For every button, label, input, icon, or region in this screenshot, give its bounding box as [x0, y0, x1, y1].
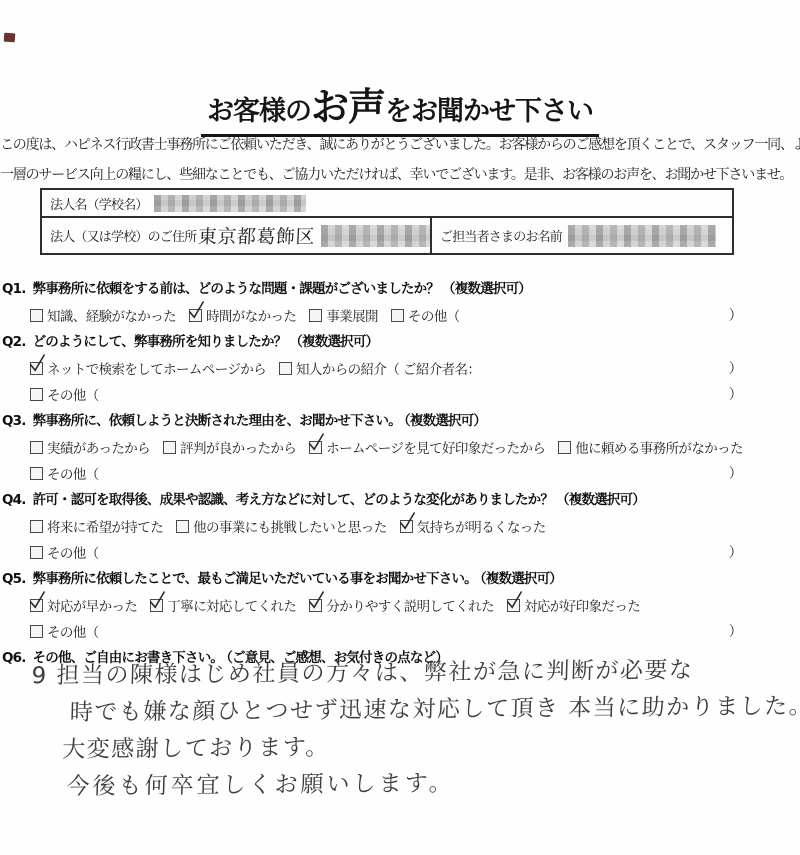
question-text: 弊事務所に依頼をする前は、どのような問題・課題がございましたか？ [33, 281, 439, 297]
checkbox-label: 他に頼める事務所がなかった [575, 437, 743, 457]
title-prefix: お客様の [207, 96, 311, 127]
handwriting-line: 大変感謝しております。 [62, 726, 773, 769]
checkbox-label: 知識、経験がなかった [47, 305, 176, 325]
checkbox-icon[interactable] [176, 520, 189, 533]
survey-form-scan: お客様のお声をお聞かせ下さい この度は、ハピネス行政書士事務所にご依頼いただき、… [0, 0, 800, 855]
checkbox-label: 事業展開 [326, 305, 378, 325]
checkbox-label: 丁寧に対応してくれた [167, 595, 296, 615]
checkbox-option[interactable]: 対応が好印象だった [507, 595, 640, 615]
checkbox-checked-icon[interactable] [30, 362, 43, 375]
checkbox-label: その他（ [47, 463, 99, 483]
question-heading-q2: Q2.どのようにして、弊事務所を知りましたか？（複数選択可） [0, 329, 800, 355]
question-text: どのようにして、弊事務所を知りましたか？ [33, 334, 287, 350]
checkbox-option[interactable]: 知人からの紹介（ ご紹介者名： [279, 358, 480, 378]
check-mark-icon [307, 432, 325, 454]
option-line: 実績があったから評判が良かったからホームページを見て好印象だったから他に頼める事… [30, 434, 800, 461]
checkbox-checked-icon[interactable] [189, 309, 202, 322]
intro-line-1: この度は、ハピネス行政書士事務所にご依頼いただき、誠にありがとうございました。お… [0, 130, 800, 160]
checkbox-icon[interactable] [30, 441, 43, 454]
redacted-mosaic-corporate-name [154, 195, 306, 212]
checkbox-icon[interactable] [163, 441, 176, 454]
close-paren: ） [729, 542, 742, 562]
question-heading-q4: Q4.許可・認可を取得後、成果や認識、考え方などに対して、どのような変化がありま… [0, 487, 800, 513]
question-heading-q5: Q5.弊事務所に依頼したことで、最もご満足いただいている事をお聞かせ下さい。（複… [0, 566, 800, 592]
checkbox-icon[interactable] [30, 625, 43, 638]
check-mark-icon [148, 590, 166, 612]
checkbox-option[interactable]: 実績があったから [30, 437, 150, 457]
question-text: 弊事務所に、依頼しようと決断された理由を、お聞かせ下さい。 [33, 413, 401, 429]
question-number: Q5. [2, 571, 26, 587]
checkbox-icon[interactable] [30, 467, 43, 480]
question-text: 許可・認可を取得後、成果や認識、考え方などに対して、どのような変化がありましたか… [33, 492, 553, 508]
question-note: （複数選択可） [556, 492, 645, 508]
checkbox-option[interactable]: 知識、経験がなかった [30, 305, 176, 325]
option-line: 知識、経験がなかった時間がなかった事業展開その他（） [30, 302, 800, 329]
option-line: その他（） [30, 460, 800, 487]
check-mark-icon [28, 590, 46, 612]
intro-paragraph: この度は、ハピネス行政書士事務所にご依頼いただき、誠にありがとうございました。お… [0, 130, 800, 190]
checkbox-option[interactable]: 対応が早かった [30, 595, 137, 615]
option-line: 将来に希望が持てた他の事業にも挑戦したいと思った気持ちが明るくなった [30, 513, 800, 540]
checkbox-option[interactable]: その他（ [30, 463, 99, 483]
contact-label: ご担当者さまのお名前 [440, 226, 562, 245]
question-number: Q6. [2, 650, 26, 666]
close-paren: ） [729, 384, 742, 404]
checkbox-label: ネットで検索をしてホームページから [47, 358, 266, 378]
question-block-q1: Q1.弊事務所に依頼をする前は、どのような問題・課題がございましたか？（複数選択… [0, 276, 800, 329]
checkbox-label: その他（ [408, 305, 460, 325]
address-contact-row: 法人（又は学校）のご住所 東京都葛飾区 ご担当者さまのお名前 [42, 218, 732, 253]
checkbox-option[interactable]: ネットで検索をしてホームページから [30, 358, 266, 378]
checkbox-icon[interactable] [30, 309, 43, 322]
checkbox-checked-icon[interactable] [309, 599, 322, 612]
question-number: Q2. [2, 334, 26, 350]
check-mark-icon [28, 353, 46, 375]
checkbox-icon[interactable] [30, 388, 43, 401]
question-note: （複数選択可） [404, 413, 486, 429]
question-heading-q3: Q3.弊事務所に、依頼しようと決断された理由を、お聞かせ下さい。（複数選択可） [0, 408, 800, 434]
option-line: 対応が早かった丁寧に対応してくれた分かりやすく説明してくれた対応が好印象だった [30, 592, 800, 619]
check-mark-icon [307, 590, 325, 612]
checkbox-option[interactable]: 分かりやすく説明してくれた [309, 595, 494, 615]
checkbox-label: 対応が好印象だった [524, 595, 640, 615]
checkbox-icon[interactable] [30, 520, 43, 533]
question-block-q3: Q3.弊事務所に、依頼しようと決断された理由を、お聞かせ下さい。（複数選択可）実… [0, 408, 800, 487]
corporate-name-row: 法人名（学校名） [42, 190, 732, 218]
checkbox-option[interactable]: その他（ [391, 305, 460, 325]
checkbox-option[interactable]: 丁寧に対応してくれた [150, 595, 296, 615]
checkbox-option[interactable]: ホームページを見て好印象だったから [309, 437, 545, 457]
question-block-q2: Q2.どのようにして、弊事務所を知りましたか？（複数選択可）ネットで検索をしてホ… [0, 329, 800, 408]
check-mark-icon [505, 590, 523, 612]
checkbox-label: その他（ [47, 542, 99, 562]
checkbox-label: 他の事業にも挑戦したいと思った [193, 516, 387, 536]
option-line: その他（） [30, 618, 800, 645]
checkbox-option[interactable]: その他（ [30, 542, 99, 562]
checkbox-label: 気持ちが明るくなった [417, 516, 546, 536]
checkbox-checked-icon[interactable] [507, 599, 520, 612]
checkbox-label: 将来に希望が持てた [47, 516, 163, 536]
intro-line-2: 一層のサービス向上の糧にし、些細なことでも、ご協力いただければ、幸いでございます… [0, 160, 800, 190]
question-heading-q1: Q1.弊事務所に依頼をする前は、どのような問題・課題がございましたか？（複数選択… [0, 276, 800, 302]
checkbox-checked-icon[interactable] [30, 599, 43, 612]
redacted-mosaic-address [321, 225, 430, 247]
checkbox-label: 実績があったから [47, 437, 150, 457]
checkbox-label: 分かりやすく説明してくれた [326, 595, 494, 615]
close-paren: ） [729, 305, 742, 325]
option-line: その他（） [30, 381, 800, 408]
option-line: その他（） [30, 539, 800, 566]
question-note: （複数選択可） [480, 571, 562, 587]
checkbox-label: 評判が良かったから [180, 437, 296, 457]
checkbox-option[interactable]: 他の事業にも挑戦したいと思った [176, 516, 387, 536]
contact-cell: ご担当者さまのお名前 [432, 218, 732, 253]
checkbox-option[interactable]: その他（ [30, 621, 99, 641]
checkbox-option[interactable]: 他に頼める事務所がなかった [558, 437, 743, 457]
handwritten-comment: 9 担当の陳様はじめ社員の方々は、弊社が急に判断が必要な時でも嫌な顔ひとつせず迅… [31, 652, 772, 806]
redacted-mosaic-contact [568, 225, 716, 247]
address-label: 法人（又は学校）のご住所 [50, 226, 196, 245]
checkbox-option[interactable]: 将来に希望が持てた [30, 516, 163, 536]
check-mark-icon [187, 300, 205, 322]
page-title: お客様のお声をお聞かせ下さい [0, 76, 800, 137]
check-mark-icon [398, 511, 416, 533]
handwriting-line: 今後も何卒宜しくお願いします。 [66, 763, 773, 806]
checkbox-option[interactable]: その他（ [30, 384, 99, 404]
handwriting-line: 9 担当の陳様はじめ社員の方々は、弊社が急に判断が必要な [31, 652, 772, 695]
question-block-q5: Q5.弊事務所に依頼したことで、最もご満足いただいている事をお聞かせ下さい。（複… [0, 566, 800, 645]
checkbox-label: その他（ [47, 621, 99, 641]
close-paren: ） [729, 358, 742, 378]
question-text: 弊事務所に依頼したことで、最もご満足いただいている事をお聞かせ下さい。 [33, 571, 477, 587]
checkbox-label: 時間がなかった [206, 305, 296, 325]
client-info-table: 法人名（学校名） 法人（又は学校）のご住所 東京都葛飾区 ご担当者さまのお名前 [40, 188, 734, 255]
corporate-name-label: 法人名（学校名） [50, 194, 148, 213]
question-note: （複数選択可） [289, 334, 378, 350]
title-emphasis: お声 [311, 85, 385, 129]
checkbox-icon[interactable] [30, 546, 43, 559]
title-suffix: をお聞かせ下さい [385, 96, 593, 127]
option-line: ネットで検索をしてホームページから知人からの紹介（ ご紹介者名：） [30, 355, 800, 382]
checkbox-icon[interactable] [279, 362, 292, 375]
address-handwritten-value: 東京都葛飾区 [198, 222, 316, 249]
checkbox-option[interactable]: 事業展開 [309, 305, 378, 325]
checkbox-label: ホームページを見て好印象だったから [326, 437, 545, 457]
checkbox-option[interactable]: 気持ちが明るくなった [400, 516, 546, 536]
address-cell: 法人（又は学校）のご住所 東京都葛飾区 [42, 218, 432, 253]
close-paren: ） [729, 621, 742, 641]
question-number: Q4. [2, 492, 26, 508]
question-number: Q3. [2, 413, 26, 429]
question-number: Q1. [2, 281, 26, 297]
questions: Q1.弊事務所に依頼をする前は、どのような問題・課題がございましたか？（複数選択… [0, 276, 800, 671]
handwriting-line: 時でも嫌な顔ひとつせず迅速な対応して頂き 本当に助かりました。 [69, 689, 772, 732]
checkbox-option[interactable]: 評判が良かったから [163, 437, 296, 457]
checkbox-label: 対応が早かった [47, 595, 137, 615]
checkbox-checked-icon[interactable] [400, 520, 413, 533]
checkbox-option[interactable]: 時間がなかった [189, 305, 296, 325]
checkbox-checked-icon[interactable] [309, 441, 322, 454]
question-block-q4: Q4.許可・認可を取得後、成果や認識、考え方などに対して、どのような変化がありま… [0, 487, 800, 566]
checkbox-label: 知人からの紹介（ ご紹介者名： [296, 358, 480, 378]
question-note: （複数選択可） [442, 281, 531, 297]
checkbox-checked-icon[interactable] [150, 599, 163, 612]
checkbox-label: その他（ [47, 384, 99, 404]
checkbox-icon[interactable] [558, 441, 571, 454]
close-paren: ） [729, 463, 742, 483]
scan-artifact [4, 33, 16, 43]
checkbox-icon[interactable] [391, 309, 404, 322]
checkbox-icon[interactable] [309, 309, 322, 322]
